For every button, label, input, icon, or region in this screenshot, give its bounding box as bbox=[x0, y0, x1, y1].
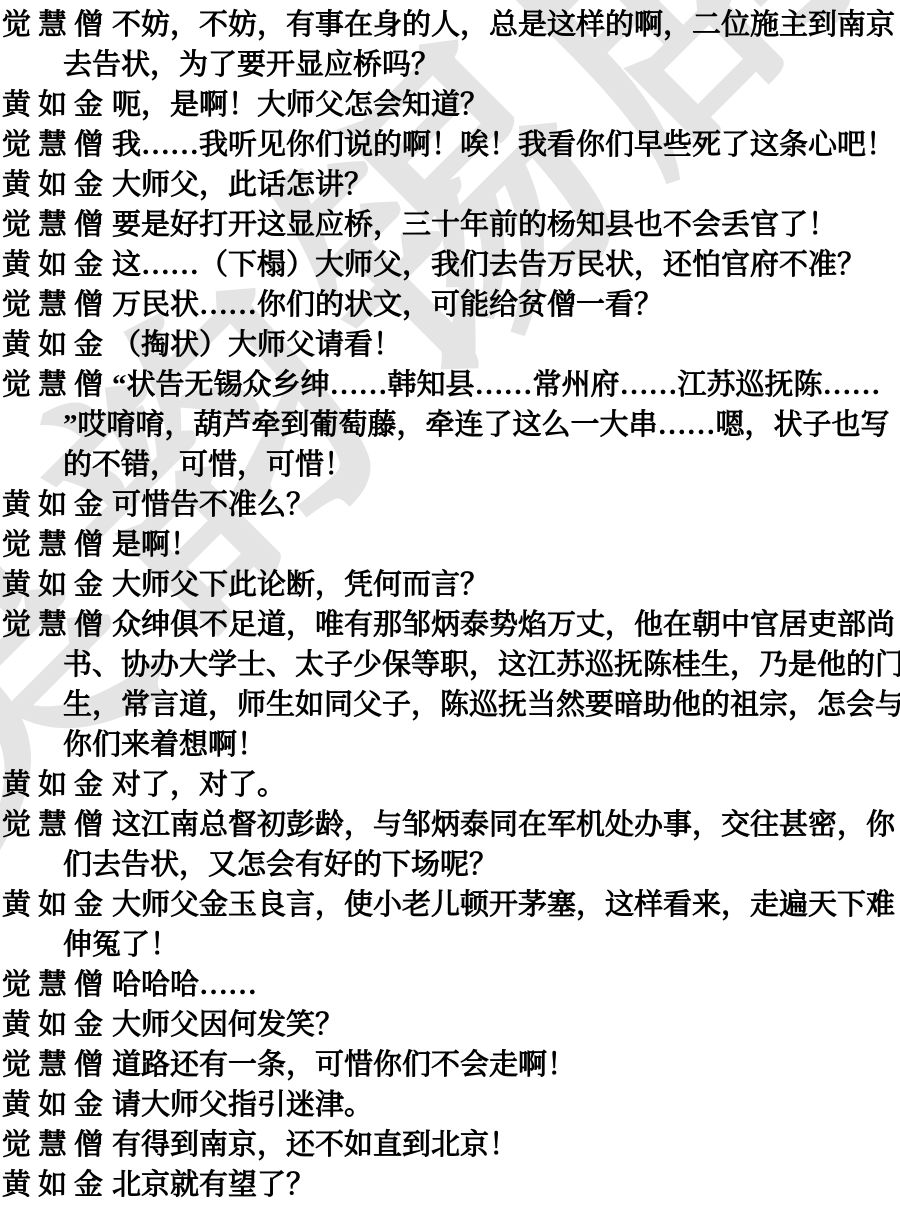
speaker-name: 黄如金 bbox=[2, 1165, 112, 1205]
dialogue-script: 觉慧僧不妨，不妨，有事在身的人，总是这样的啊，二位施主到南京去告状，为了要开显应… bbox=[0, 0, 900, 1205]
dialogue-text: 大师父，此话怎讲？ bbox=[112, 169, 373, 201]
speaker-name: 黄如金 bbox=[2, 885, 112, 925]
speaker-name: 黄如金 bbox=[2, 325, 112, 365]
dialogue-text: 不妨，不妨，有事在身的人，总是这样的啊，二位施主到南京 bbox=[112, 9, 895, 41]
script-line: 觉慧僧我……我听见你们说的啊！唉！我看你们早些死了这条心吧！ bbox=[0, 125, 900, 165]
dialogue-text: 道路还有一条，可惜你们不会走啊！ bbox=[112, 1049, 576, 1081]
speaker-name: 觉慧僧 bbox=[2, 1045, 112, 1085]
speaker-name: 黄如金 bbox=[2, 565, 112, 605]
speaker-name: 觉慧僧 bbox=[2, 605, 112, 645]
script-line: 伸冤了！ bbox=[0, 925, 900, 965]
dialogue-text: 我……我听见你们说的啊！唉！我看你们早些死了这条心吧！ bbox=[112, 129, 895, 161]
speaker-name: 黄如金 bbox=[2, 165, 112, 205]
dialogue-text: 去告状，为了要开显应桥吗？ bbox=[63, 49, 440, 81]
speaker-name: 觉慧僧 bbox=[2, 805, 112, 845]
dialogue-text: 大师父因何发笑？ bbox=[112, 1009, 344, 1041]
dialogue-text: 众绅俱不足道，唯有那邹炳泰势焰万丈，他在朝中官居吏部尚 bbox=[112, 609, 895, 641]
script-line: 生，常言道，师生如同父子，陈巡抚当然要暗助他的祖宗，怎会与 bbox=[0, 685, 900, 725]
dialogue-text: 有得到南京，还不如直到北京！ bbox=[112, 1129, 518, 1161]
script-line: ”哎唷唷，葫芦牵到葡萄藤，牵连了这么一大串……嗯，状子也写 bbox=[0, 405, 900, 445]
script-line: 们去告状，又怎会有好的下场呢？ bbox=[0, 845, 900, 885]
dialogue-text: 书、协办大学士、太子少保等职，这江苏巡抚陈桂生，乃是他的门 bbox=[63, 649, 900, 681]
speaker-name: 觉慧僧 bbox=[2, 285, 112, 325]
dialogue-text: 大师父金玉良言，使小老儿顿开茅塞，这样看来，走遍天下难 bbox=[112, 889, 895, 921]
speaker-name: 觉慧僧 bbox=[2, 965, 112, 1005]
script-line: 黄如金呃，是啊！大师父怎会知道？ bbox=[0, 85, 900, 125]
dialogue-text: 这江南总督初彭龄，与邹炳泰同在军机处办事，交往甚密，你 bbox=[112, 809, 895, 841]
dialogue-text: 们去告状，又怎会有好的下场呢？ bbox=[63, 849, 498, 881]
script-line: 觉慧僧这江南总督初彭龄，与邹炳泰同在军机处办事，交往甚密，你 bbox=[0, 805, 900, 845]
dialogue-text: （掏状）大师父请看！ bbox=[112, 329, 402, 361]
script-line: 觉慧僧“状告无锡众乡绅……韩知县……常州府……江苏巡抚陈…… bbox=[0, 365, 900, 405]
dialogue-text: 哈哈哈…… bbox=[112, 969, 257, 1001]
speaker-name: 觉慧僧 bbox=[2, 205, 112, 245]
speaker-name: 黄如金 bbox=[2, 85, 112, 125]
dialogue-text: 这……（下榻）大师父，我们去告万民状，还怕官府不准？ bbox=[112, 249, 866, 281]
dialogue-text: 可惜告不准么？ bbox=[112, 489, 315, 521]
speaker-name: 黄如金 bbox=[2, 1085, 112, 1125]
script-line: 觉慧僧有得到南京，还不如直到北京！ bbox=[0, 1125, 900, 1165]
script-line: 觉慧僧不妨，不妨，有事在身的人，总是这样的啊，二位施主到南京 bbox=[0, 5, 900, 45]
script-line: 黄如金北京就有望了？ bbox=[0, 1165, 900, 1205]
speaker-name: 黄如金 bbox=[2, 765, 112, 805]
speaker-name: 觉慧僧 bbox=[2, 125, 112, 165]
script-line: 觉慧僧万民状……你们的状文，可能给贫僧一看？ bbox=[0, 285, 900, 325]
dialogue-text: 伸冤了！ bbox=[63, 929, 179, 961]
script-line: 书、协办大学士、太子少保等职，这江苏巡抚陈桂生，乃是他的门 bbox=[0, 645, 900, 685]
script-line: 黄如金对了，对了。 bbox=[0, 765, 900, 805]
script-line: 觉慧僧道路还有一条，可惜你们不会走啊！ bbox=[0, 1045, 900, 1085]
script-line: 黄如金可惜告不准么？ bbox=[0, 485, 900, 525]
script-line: 觉慧僧是啊！ bbox=[0, 525, 900, 565]
speaker-name: 黄如金 bbox=[2, 1005, 112, 1045]
script-line: 去告状，为了要开显应桥吗？ bbox=[0, 45, 900, 85]
dialogue-text: 对了，对了。 bbox=[112, 769, 286, 801]
script-line: 觉慧僧哈哈哈…… bbox=[0, 965, 900, 1005]
dialogue-text: 北京就有望了？ bbox=[112, 1169, 315, 1201]
dialogue-text: ”哎唷唷，葫芦牵到葡萄藤，牵连了这么一大串……嗯，状子也写 bbox=[63, 409, 890, 441]
dialogue-text: 是啊！ bbox=[112, 529, 199, 561]
script-line: 黄如金大师父，此话怎讲？ bbox=[0, 165, 900, 205]
script-line: 你们来着想啊！ bbox=[0, 725, 900, 765]
script-line: 黄如金（掏状）大师父请看！ bbox=[0, 325, 900, 365]
script-line: 的不错，可惜，可惜！ bbox=[0, 445, 900, 485]
speaker-name: 觉慧僧 bbox=[2, 5, 112, 45]
dialogue-text: 你们来着想啊！ bbox=[63, 729, 266, 761]
dialogue-text: 要是好打开这显应桥，三十年前的杨知县也不会丢官了！ bbox=[112, 209, 837, 241]
speaker-name: 黄如金 bbox=[2, 485, 112, 525]
speaker-name: 黄如金 bbox=[2, 245, 112, 285]
script-line: 黄如金大师父金玉良言，使小老儿顿开茅塞，这样看来，走遍天下难 bbox=[0, 885, 900, 925]
script-line: 觉慧僧众绅俱不足道，唯有那邹炳泰势焰万丈，他在朝中官居吏部尚 bbox=[0, 605, 900, 645]
dialogue-text: 的不错，可惜，可惜！ bbox=[63, 449, 353, 481]
script-line: 觉慧僧要是好打开这显应桥，三十年前的杨知县也不会丢官了！ bbox=[0, 205, 900, 245]
speaker-name: 觉慧僧 bbox=[2, 525, 112, 565]
script-line: 黄如金大师父下此论断，凭何而言？ bbox=[0, 565, 900, 605]
speaker-name: 觉慧僧 bbox=[2, 365, 112, 405]
dialogue-text: 生，常言道，师生如同父子，陈巡抚当然要暗助他的祖宗，怎会与 bbox=[63, 689, 900, 721]
dialogue-text: 大师父下此论断，凭何而言？ bbox=[112, 569, 489, 601]
speaker-name: 觉慧僧 bbox=[2, 1125, 112, 1165]
dialogue-text: 请大师父指引迷津。 bbox=[112, 1089, 373, 1121]
script-line: 黄如金大师父因何发笑？ bbox=[0, 1005, 900, 1045]
dialogue-text: “状告无锡众乡绅……韩知县……常州府……江苏巡抚陈…… bbox=[112, 369, 881, 401]
dialogue-text: 万民状……你们的状文，可能给贫僧一看？ bbox=[112, 289, 663, 321]
script-line: 黄如金请大师父指引迷津。 bbox=[0, 1085, 900, 1125]
script-line: 黄如金这……（下榻）大师父，我们去告万民状，还怕官府不准？ bbox=[0, 245, 900, 285]
dialogue-text: 呃，是啊！大师父怎会知道？ bbox=[112, 89, 489, 121]
